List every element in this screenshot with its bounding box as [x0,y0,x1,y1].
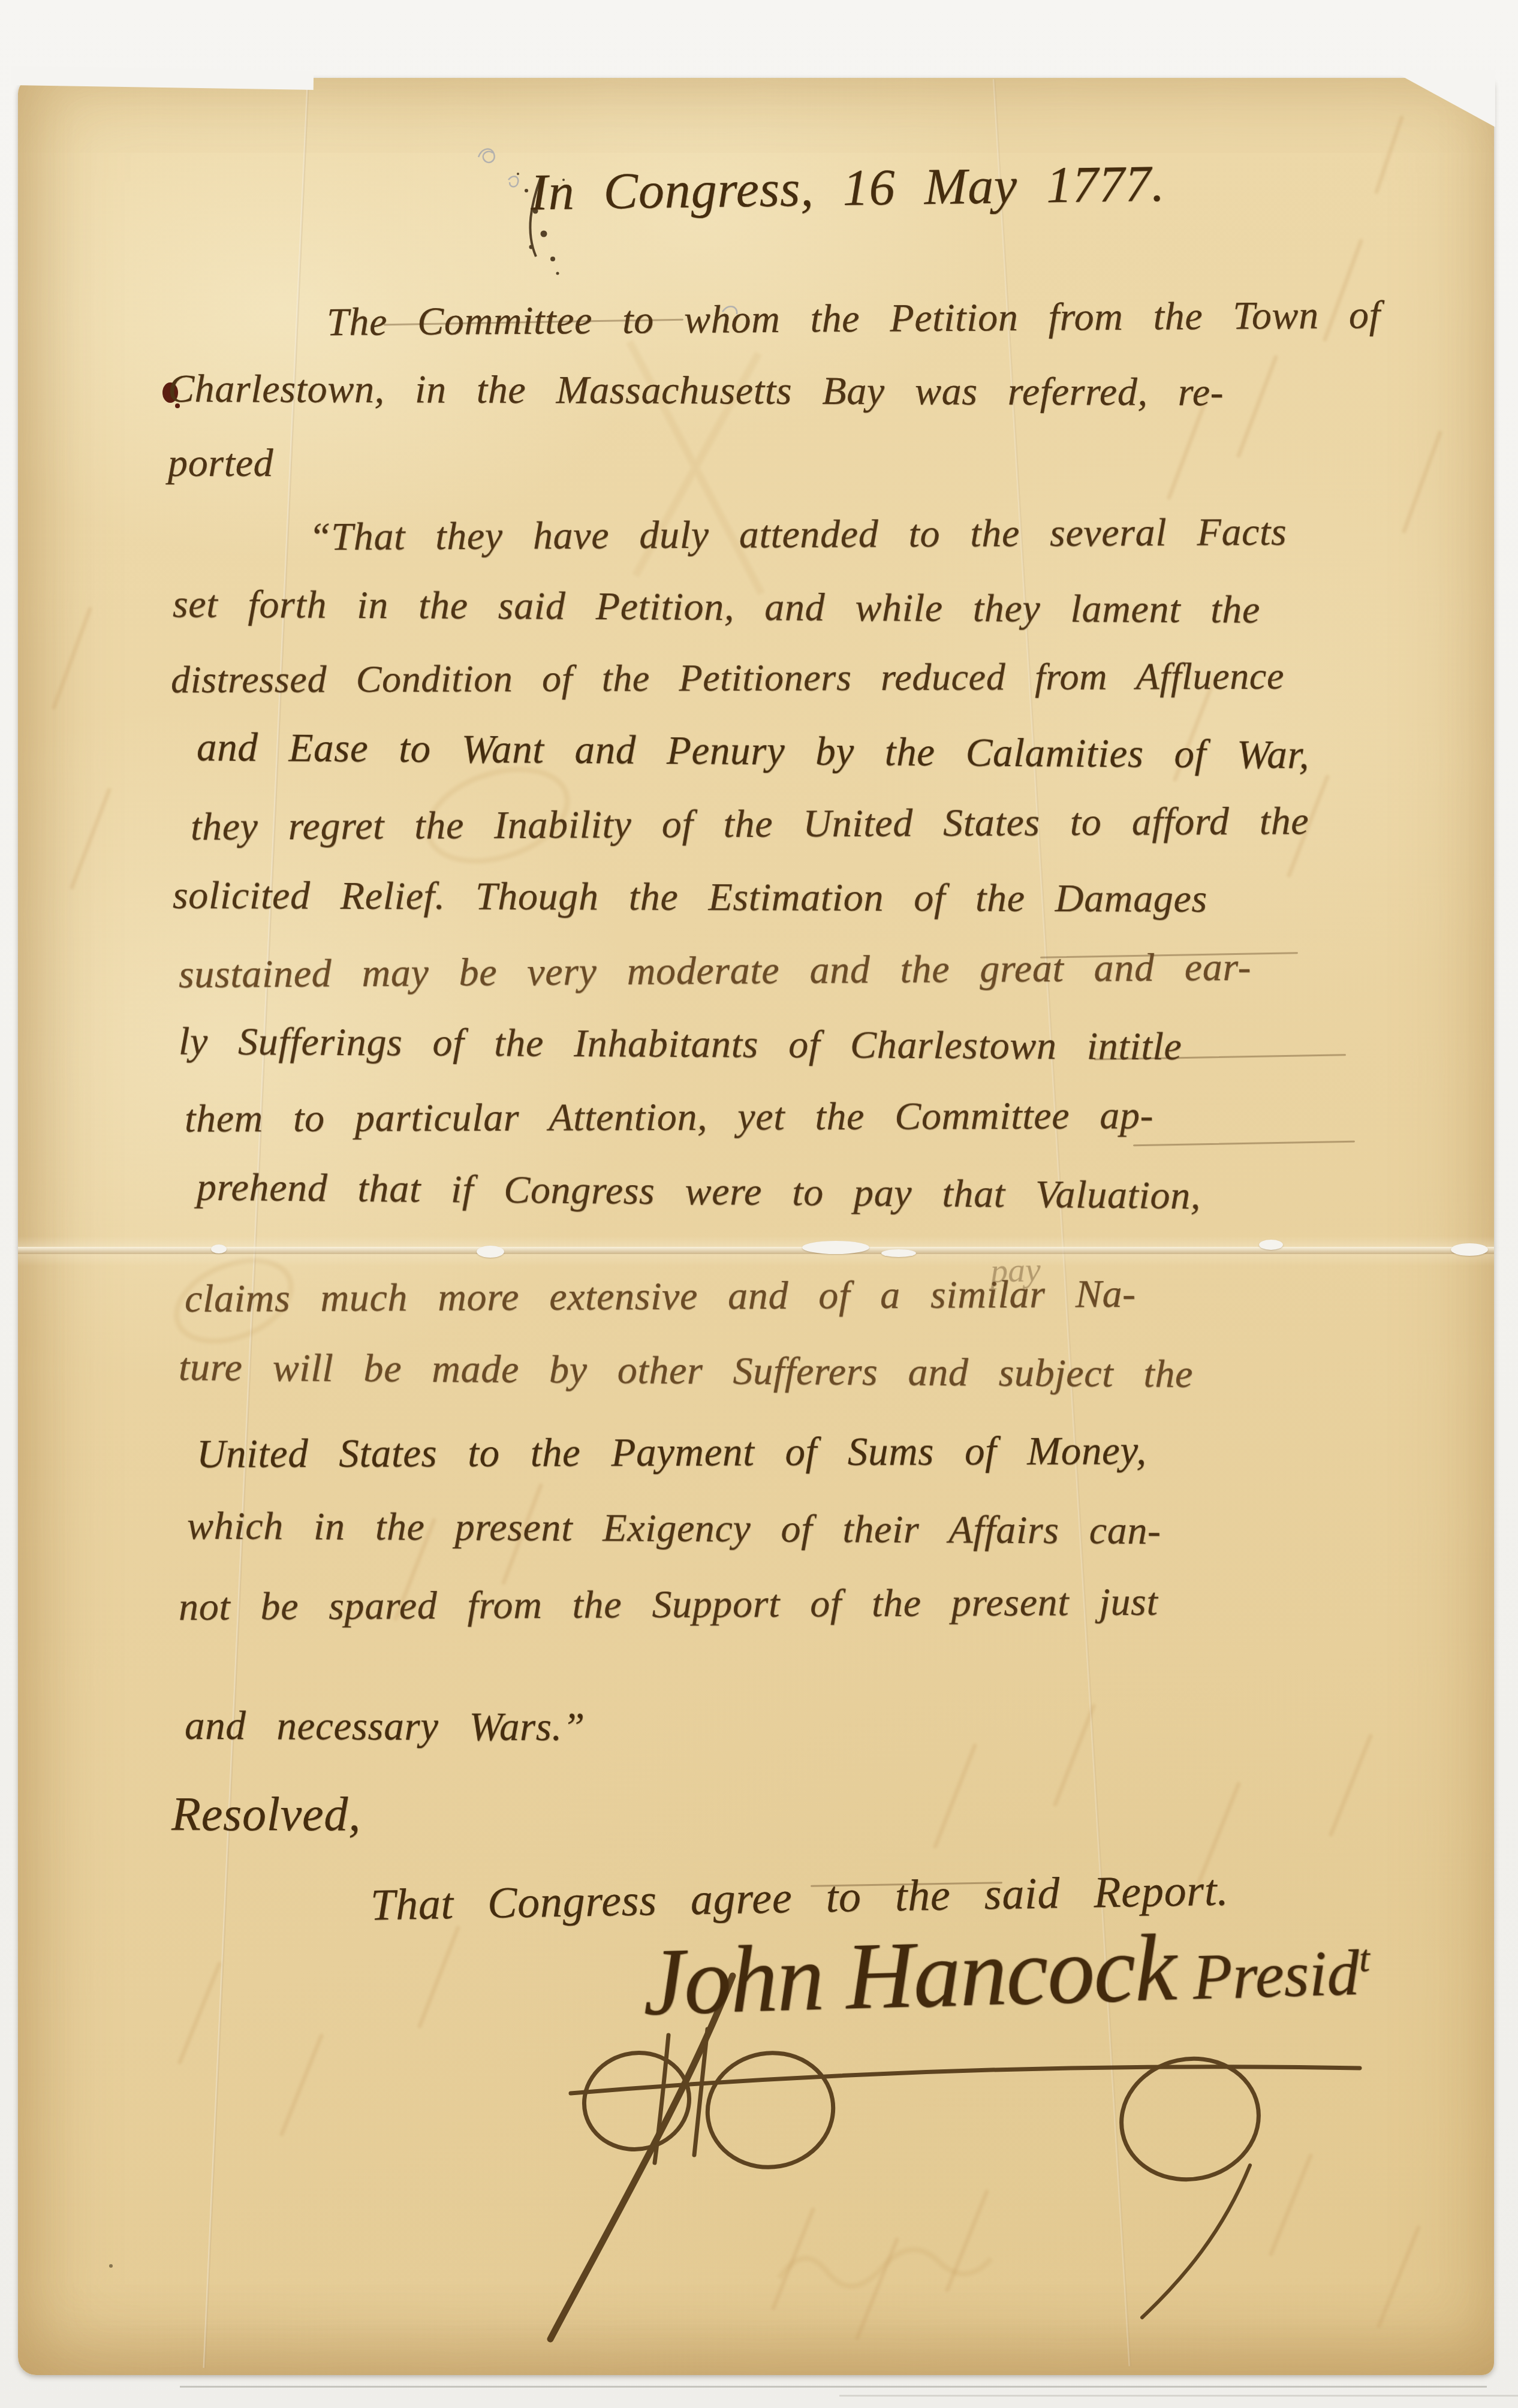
manuscript-line: and Ease to Want and Penury by the Calam… [197,727,1310,776]
manuscript-line: them to particular Attention, yet the Co… [185,1095,1153,1140]
dateline: In Congress, 16 May 1777. [530,156,1165,219]
manuscript-line: sustained may be very moderate and the g… [179,947,1251,996]
document-scan: In Congress, 16 May 1777. The Committee … [0,0,1518,2408]
manuscript-line: not be spared from the Support of the pr… [179,1581,1158,1628]
manuscript-line: The Committee to whom the Petition from … [327,294,1381,343]
signature-name: John Hancock [641,1915,1177,2035]
manuscript-line: and necessary Wars.” [185,1705,585,1749]
signature-title: Presid [1192,1937,1360,2014]
manuscript-line: ported [168,442,273,484]
manuscript-line: distressed Condition of the Petitioners … [171,656,1284,700]
resolved-label: Resolved, [171,1789,361,1840]
manuscript-line: which in the present Exigency of their A… [187,1505,1161,1552]
paper-speck [109,2264,113,2268]
manuscript-line: “That they have duly attended to the sev… [309,511,1287,558]
fold-ghost-text: pay [990,1252,1041,1288]
manuscript-line: they regret the Inability of the United … [191,800,1309,848]
manuscript-line: prehend that if Congress were to pay tha… [197,1167,1201,1217]
manuscript-line: set forth in the said Petition, and whil… [173,583,1260,631]
manuscript-line: Charlestown, in the Massachusetts Bay wa… [168,368,1224,413]
manuscript-line: solicited Relief. Though the Estimation … [173,875,1207,920]
manuscript-line: ly Sufferings of the Inhabitants of Char… [179,1021,1182,1068]
manuscript-line: United States to the Payment of Sums of … [197,1430,1147,1475]
signature-superscript: t [1359,1937,1371,1979]
manuscript-line: ture will be made by other Sufferers and… [179,1346,1193,1395]
signature-line: John HancockPresidt [641,1915,1371,2030]
